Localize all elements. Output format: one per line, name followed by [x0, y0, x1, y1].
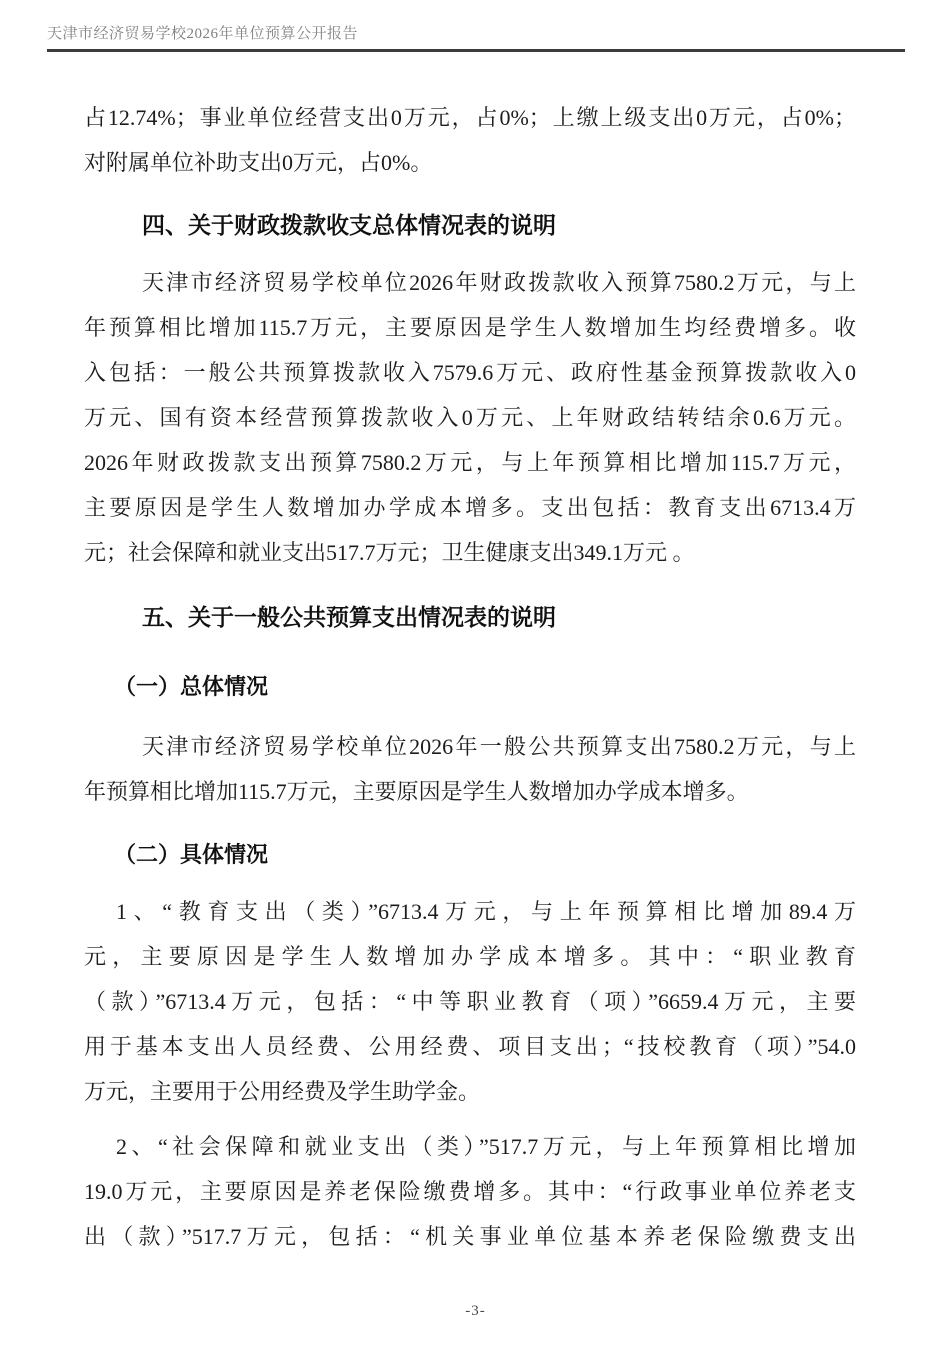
paragraph-line: （款）”6713.4万元，包括：“中等职业教育（项）”6659.4万元，主要	[84, 979, 856, 1024]
document-body: 占12.74%；事业单位经营支出0万元，占0%；上缴上级支出0万元，占0%； 对…	[84, 95, 856, 1259]
document-header-title: 天津市经济贸易学校2026年单位预算公开报告	[47, 22, 358, 43]
paragraph-line: 2、“社会保障和就业支出（类）”517.7万元，与上年预算相比增加	[84, 1124, 856, 1169]
paragraph-line: 2026年财政拨款支出预算7580.2万元，与上年预算相比增加115.7万元，	[84, 440, 856, 485]
paragraph-line: 万元、国有资本经营预算拨款收入0万元、上年财政结转结余0.6万元。	[84, 395, 856, 440]
paragraph-line: 出（款）”517.7万元，包括：“机关事业单位基本养老保险缴费支出	[84, 1214, 856, 1259]
header-divider	[47, 49, 905, 52]
paragraph-line: 用于基本支出人员经费、公用经费、项目支出；“技校教育（项）”54.0	[84, 1024, 856, 1069]
paragraph-line: 年预算相比增加115.7万元，主要原因是学生人数增加生均经费增多。收	[84, 305, 856, 350]
paragraph-5-1: 天津市经济贸易学校单位2026年一般公共预算支出7580.2万元，与上 年预算相…	[84, 724, 856, 814]
paragraph-line: 天津市经济贸易学校单位2026年一般公共预算支出7580.2万元，与上	[84, 724, 856, 769]
paragraph-line: 元，主要原因是学生人数增加办学成本增多。其中：“职业教育	[84, 934, 856, 979]
paragraph-5-2-item2: 2、“社会保障和就业支出（类）”517.7万元，与上年预算相比增加 19.0万元…	[84, 1124, 856, 1259]
paragraph-line: 对附属单位补助支出0万元，占0%。	[84, 140, 856, 185]
paragraph-line: 主要原因是学生人数增加办学成本增多。支出包括：教育支出6713.4万	[84, 485, 856, 530]
page-number: -3-	[0, 1303, 951, 1320]
paragraph-line: 元；社会保障和就业支出517.7万元；卫生健康支出349.1万元 。	[84, 530, 856, 575]
section-heading-5: 五、关于一般公共预算支出情况表的说明	[84, 595, 856, 640]
paragraph-5-2-item1: 1、“教育支出（类）”6713.4万元，与上年预算相比增加89.4万 元，主要原…	[84, 889, 856, 1114]
document-page: 天津市经济贸易学校2026年单位预算公开报告 占12.74%；事业单位经营支出0…	[0, 0, 951, 1347]
paragraph-line: 年预算相比增加115.7万元，主要原因是学生人数增加办学成本增多。	[84, 769, 856, 814]
subsection-heading-5-2: （二）具体情况	[84, 832, 856, 877]
paragraph-line: 万元，主要用于公用经费及学生助学金。	[84, 1069, 856, 1114]
paragraph-line: 天津市经济贸易学校单位2026年财政拨款收入预算7580.2万元，与上	[84, 260, 856, 305]
paragraph-line: 入包括：一般公共预算拨款收入7579.6万元、政府性基金预算拨款收入0	[84, 350, 856, 395]
paragraph-carryover: 占12.74%；事业单位经营支出0万元，占0%；上缴上级支出0万元，占0%； 对…	[84, 95, 856, 185]
paragraph-line: 1、“教育支出（类）”6713.4万元，与上年预算相比增加89.4万	[84, 889, 856, 934]
subsection-heading-5-1: （一）总体情况	[84, 664, 856, 709]
paragraph-line: 19.0万元，主要原因是养老保险缴费增多。其中：“行政事业单位养老支	[84, 1169, 856, 1214]
paragraph-section4: 天津市经济贸易学校单位2026年财政拨款收入预算7580.2万元，与上 年预算相…	[84, 260, 856, 575]
paragraph-line: 占12.74%；事业单位经营支出0万元，占0%；上缴上级支出0万元，占0%；	[84, 95, 856, 140]
section-heading-4: 四、关于财政拨款收支总体情况表的说明	[84, 203, 856, 248]
